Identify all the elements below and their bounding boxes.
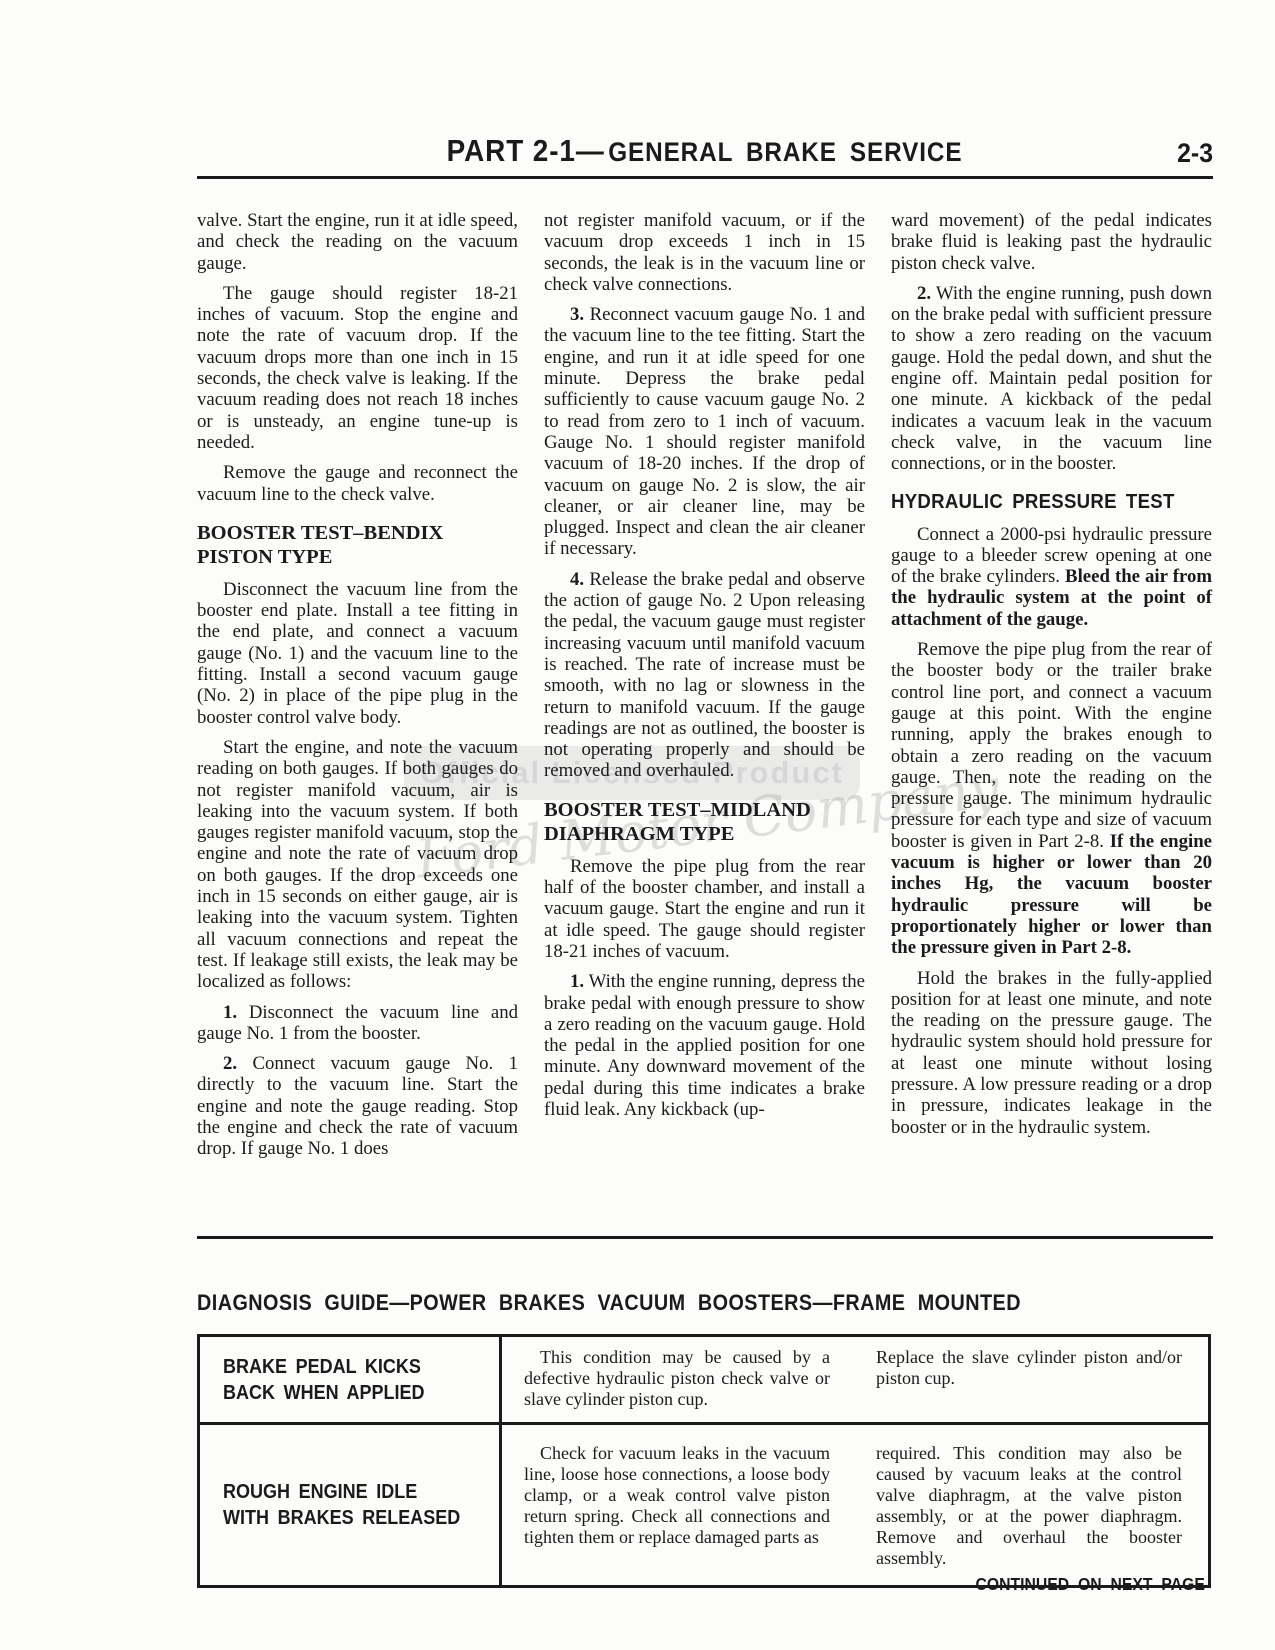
paragraph: Remove the pipe plug from the rear of th… xyxy=(891,639,1212,958)
paragraph: 1. With the engine running, depress the … xyxy=(544,971,865,1120)
text-run: Release the brake pedal and observe the … xyxy=(544,569,865,782)
paragraph: Remove the pipe plug from the rear half … xyxy=(544,856,865,962)
bold-run: 4. xyxy=(570,569,584,590)
column-2: not register manifold vacuum, or if the … xyxy=(544,210,865,1240)
paragraph: Start the engine, and note the vacuum re… xyxy=(197,737,518,993)
text-run: valve. Start the engine, run it at idle … xyxy=(197,210,518,274)
row-body: Check for vacuum leaks in the vacuum lin… xyxy=(502,1425,1208,1585)
bold-run: 2. xyxy=(223,1053,237,1074)
condition-label: BRAKE PEDAL KICKS BACK WHEN APPLIED xyxy=(223,1354,425,1406)
text-run: Reconnect vacuum gauge No. 1 and the vac… xyxy=(544,304,865,559)
diagnosis-table: BRAKE PEDAL KICKS BACK WHEN APPLIED This… xyxy=(197,1334,1211,1588)
section-heading: BOOSTER TEST–MIDLAND DIAPHRAGM TYPE xyxy=(544,798,865,846)
condition-cell: BRAKE PEDAL KICKS BACK WHEN APPLIED xyxy=(200,1337,502,1422)
bold-run: 2. xyxy=(917,283,931,304)
cause-text: Check for vacuum leaks in the vacuum lin… xyxy=(524,1443,830,1569)
page-title: GENERAL BRAKE SERVICE xyxy=(609,137,963,167)
paragraph: Disconnect the vacuum line from the boos… xyxy=(197,579,518,728)
bold-run: 1. xyxy=(570,971,584,992)
part-number-label: PART 2-1 xyxy=(447,133,576,168)
page-number: 2-3 xyxy=(1177,138,1213,169)
paragraph: 4. Release the brake pedal and observe t… xyxy=(544,569,865,782)
bold-run: 1. xyxy=(223,1002,237,1023)
table-row: ROUGH ENGINE IDLE WITH BRAKES RELEASED C… xyxy=(200,1422,1208,1585)
remedy-text: Replace the slave cylinder piston and/or… xyxy=(876,1347,1182,1410)
cause-text: This condition may be caused by a defect… xyxy=(524,1347,830,1410)
paragraph: Hold the brakes in the fully-applied pos… xyxy=(891,968,1212,1138)
paragraph: 1. Disconnect the vacuum line and gauge … xyxy=(197,1002,518,1045)
text-run: not register manifold vacuum, or if the … xyxy=(544,210,865,295)
row-body: This condition may be caused by a defect… xyxy=(502,1337,1208,1422)
text-run: The gauge should register 18-21 inches o… xyxy=(197,283,518,453)
text-run: Remove the pipe plug from the rear of th… xyxy=(891,639,1212,852)
section-heading: HYDRAULIC PRESSURE TEST xyxy=(891,491,1190,514)
section-heading: BOOSTER TEST–BENDIX PISTON TYPE xyxy=(197,521,518,569)
diagnosis-guide-title-text: DIAGNOSIS GUIDE—POWER BRAKES VACUUM BOOS… xyxy=(197,1290,1021,1316)
paragraph: not register manifold vacuum, or if the … xyxy=(544,210,865,295)
header-rule xyxy=(197,176,1213,179)
paragraph: The gauge should register 18-21 inches o… xyxy=(197,283,518,453)
column-1: valve. Start the engine, run it at idle … xyxy=(197,210,518,1240)
text-run: Disconnect the vacuum line from the boos… xyxy=(197,579,518,728)
text-run: With the engine running, depress the bra… xyxy=(544,971,865,1120)
page-header: PART 2-1— GENERAL BRAKE SERVICE xyxy=(197,133,1213,169)
header-dash: — xyxy=(576,133,605,168)
column-3: ward movement) of the pedal indicates br… xyxy=(891,210,1212,1240)
bold-run: 3. xyxy=(570,304,584,325)
text-run: Remove the gauge and reconnect the vacuu… xyxy=(197,462,518,504)
paragraph: ward movement) of the pedal indicates br… xyxy=(891,210,1212,274)
text-run: Connect vacuum gauge No. 1 directly to t… xyxy=(197,1053,518,1159)
paragraph: Remove the gauge and reconnect the vacuu… xyxy=(197,462,518,505)
paragraph: 2. Connect vacuum gauge No. 1 directly t… xyxy=(197,1053,518,1159)
continued-label: CONTINUED ON NEXT PAGE xyxy=(976,1574,1205,1595)
diagnosis-guide-title: DIAGNOSIS GUIDE—POWER BRAKES VACUUM BOOS… xyxy=(197,1290,1113,1316)
body-columns: valve. Start the engine, run it at idle … xyxy=(197,210,1213,1240)
text-run: With the engine running, push down on th… xyxy=(891,283,1212,474)
condition-label: ROUGH ENGINE IDLE WITH BRAKES RELEASED xyxy=(223,1479,460,1531)
text-run: Start the engine, and note the vacuum re… xyxy=(197,737,518,992)
remedy-text: required. This condition may also be cau… xyxy=(876,1443,1182,1569)
text-run: Remove the pipe plug from the rear half … xyxy=(544,856,865,962)
condition-cell: ROUGH ENGINE IDLE WITH BRAKES RELEASED xyxy=(200,1425,502,1585)
text-run: ward movement) of the pedal indicates br… xyxy=(891,210,1212,274)
text-run: Hold the brakes in the fully-applied pos… xyxy=(891,968,1212,1138)
paragraph: Connect a 2000-psi hydraulic pressure ga… xyxy=(891,524,1212,630)
text-run: Disconnect the vacuum line and gauge No.… xyxy=(197,1002,518,1044)
table-row: BRAKE PEDAL KICKS BACK WHEN APPLIED This… xyxy=(200,1337,1208,1422)
paragraph: 3. Reconnect vacuum gauge No. 1 and the … xyxy=(544,304,865,560)
manual-page: Official Licensed Product Ford Motor Com… xyxy=(0,0,1275,1650)
paragraph: 2. With the engine running, push down on… xyxy=(891,283,1212,475)
paragraph: valve. Start the engine, run it at idle … xyxy=(197,210,518,274)
continued-footer: CONTINUED ON NEXT PAGE xyxy=(197,1574,1205,1595)
